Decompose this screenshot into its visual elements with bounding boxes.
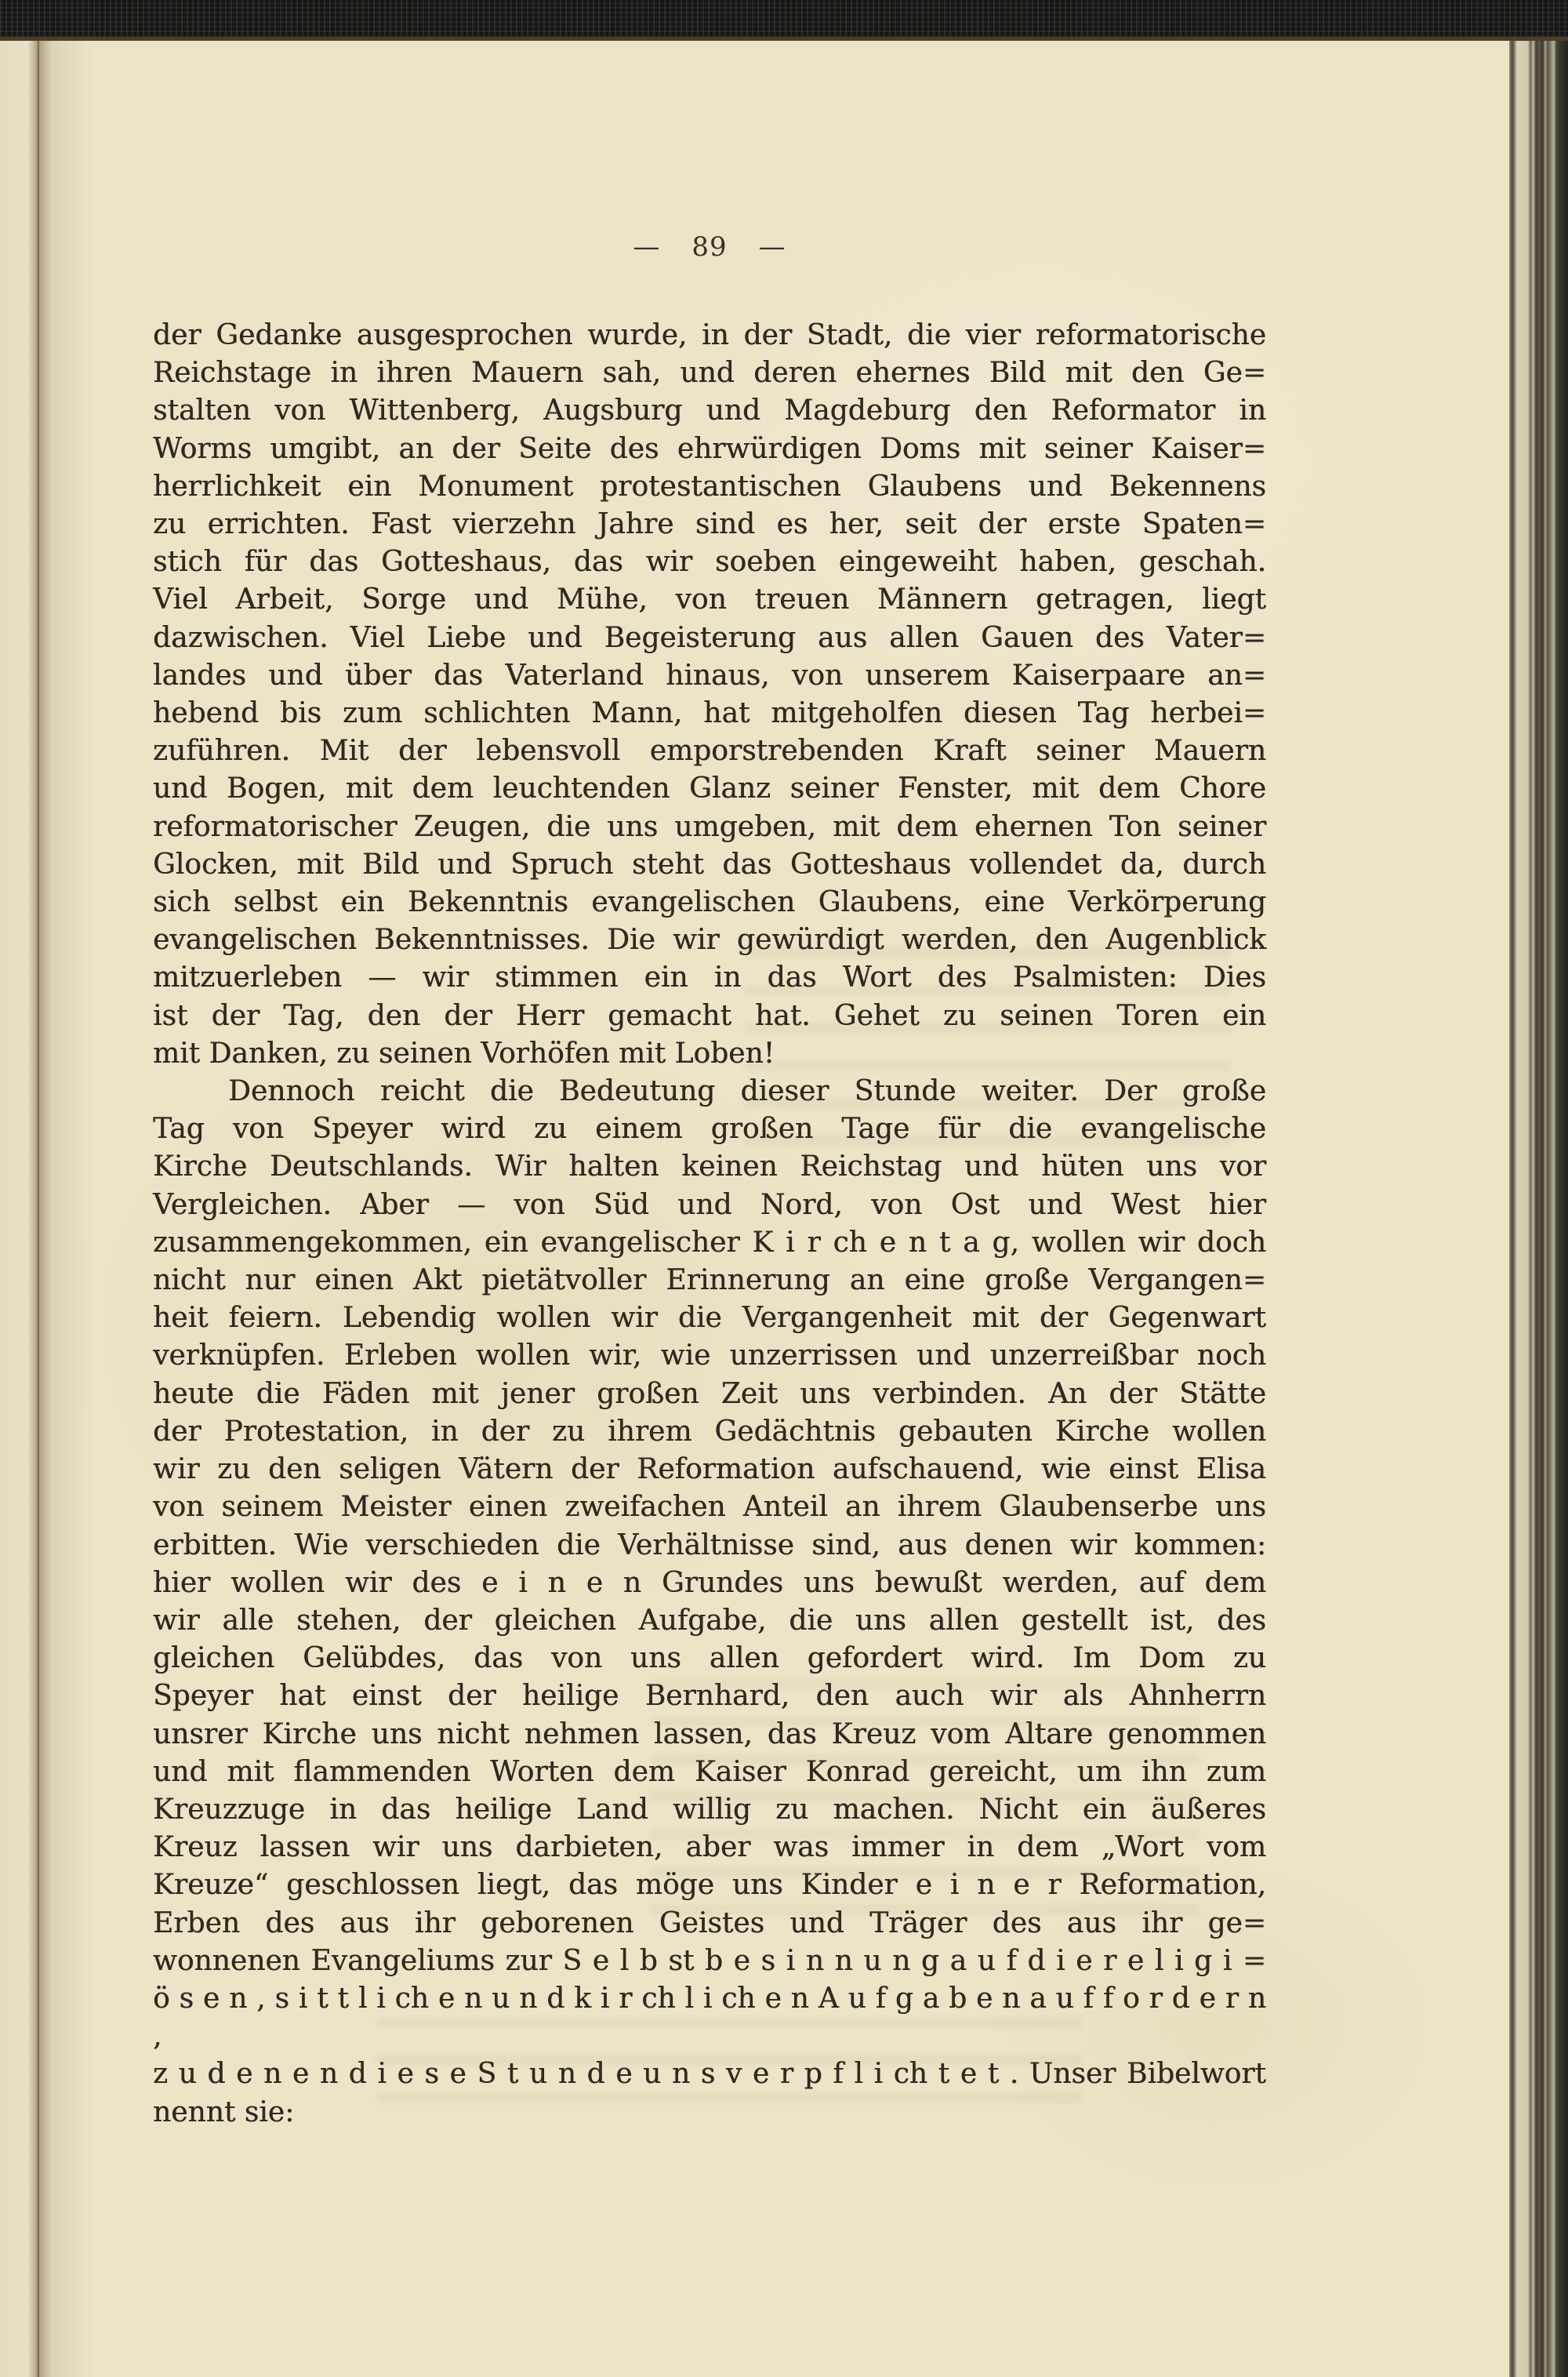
text-line: stalten von Wittenberg, Augsburg und Mag… <box>153 392 1266 430</box>
text-line: zu errichten. Fast vierzehn Jahre sind e… <box>153 506 1266 543</box>
text-line: von seinem Meister einen zweifachen Ante… <box>153 1488 1266 1526</box>
text-line: heit feiern. Lebendig wollen wir die Ver… <box>153 1299 1266 1337</box>
text-line: Glocken, mit Bild und Spruch steht das G… <box>153 846 1266 884</box>
text-line: reformatorischer Zeugen, die uns umgeben… <box>153 809 1266 846</box>
text-line: erbitten. Wie verschieden die Verhältnis… <box>153 1527 1266 1565</box>
text-line: wonnenen Evangeliums zur S e l b st b e … <box>153 1943 1266 1980</box>
text-line: landes und über das Vaterland hinaus, vo… <box>153 657 1266 695</box>
text-line: gleichen Gelübdes, das von uns allen gef… <box>153 1640 1266 1677</box>
text-line: mitzuerleben — wir stimmen ein in das Wo… <box>153 959 1266 997</box>
text-line: evangelischen Bekenntnisses. Die wir gew… <box>153 921 1266 959</box>
text-line: ist der Tag, den der Herr gemacht hat. G… <box>153 998 1266 1035</box>
text-line: Kreuze“ geschlossen liegt, das möge uns … <box>153 1866 1266 1904</box>
text-line: nicht nur einen Akt pietätvoller Erinner… <box>153 1262 1266 1299</box>
text-line: Kreuzzuge in das heilige Land willig zu … <box>153 1791 1266 1829</box>
adjacent-page-edge <box>0 41 39 2377</box>
text-line: Tag von Speyer wird zu einem großen Tage… <box>153 1110 1266 1148</box>
text-line: nennt sie: <box>153 2094 1266 2132</box>
text-line: stich für das Gotteshaus, das wir soeben… <box>153 543 1266 581</box>
text-line: Speyer hat einst der heilige Bernhard, d… <box>153 1677 1266 1715</box>
text-line: und mit flammenden Worten dem Kaiser Kon… <box>153 1754 1266 1791</box>
text-line: Erben des aus ihr geborenen Geistes und … <box>153 1905 1266 1943</box>
text-line: Worms umgibt, an der Seite des ehrwürdig… <box>153 431 1266 468</box>
text-line: Kirche Deutschlands. Wir halten keinen R… <box>153 1148 1266 1186</box>
text-line: Vergleichen. Aber — von Süd und Nord, vo… <box>153 1187 1266 1224</box>
book-page: —89— der Gedanke ausgesprochen wurde, in… <box>39 41 1509 2377</box>
text-line: der Gedanke ausgesprochen wurde, in der … <box>153 317 1266 354</box>
text-line: verknüpfen. Erleben wollen wir, wie unze… <box>153 1337 1266 1375</box>
text-line: hier wollen wir des e i n e n Grundes un… <box>153 1565 1266 1602</box>
text-line: wir alle stehen, der gleichen Aufgabe, d… <box>153 1602 1266 1640</box>
text-line: Reichstage in ihren Mauern sah, und dere… <box>153 354 1266 392</box>
page-number: 89 <box>691 231 727 263</box>
text-block: der Gedanke ausgesprochen wurde, in der … <box>153 317 1266 2132</box>
text-line: dazwischen. Viel Liebe und Begeisterung … <box>153 620 1266 657</box>
header-dash-right: — <box>759 231 786 263</box>
text-line: und Bogen, mit dem leuchtenden Glanz sei… <box>153 770 1266 808</box>
running-head: —89— <box>153 231 1266 263</box>
text-line: z u d e n e n d i e s e S t u n d e u n … <box>153 2055 1266 2093</box>
text-line: sich selbst ein Bekenntnis evangelischen… <box>153 884 1266 921</box>
text-line: ö s e n , s i t t l i ch e n u n d k i r… <box>153 1980 1266 2055</box>
text-line: heute die Fäden mit jener großen Zeit un… <box>153 1376 1266 1413</box>
text-line: zusammengekommen, ein evangelischer K i … <box>153 1224 1266 1262</box>
text-line: zuführen. Mit der lebensvoll emporstrebe… <box>153 732 1266 770</box>
text-line: Dennoch reicht die Bedeutung dieser Stun… <box>153 1073 1266 1110</box>
book-binding-cloth <box>0 0 1568 41</box>
text-line: Viel Arbeit, Sorge und Mühe, von treuen … <box>153 581 1266 619</box>
text-line: Kreuz lassen wir uns darbieten, aber was… <box>153 1829 1266 1866</box>
text-line: hebend bis zum schlichten Mann, hat mitg… <box>153 695 1266 732</box>
header-dash-left: — <box>633 231 660 263</box>
text-line: herrlichkeit ein Monument protestantisch… <box>153 468 1266 506</box>
scanned-book-page: —89— der Gedanke ausgesprochen wurde, in… <box>0 0 1568 2377</box>
text-line: der Protestation, in der zu ihrem Gedäch… <box>153 1413 1266 1451</box>
text-line: mit Danken, zu seinen Vorhöfen mit Loben… <box>153 1035 1266 1073</box>
fore-edge-page-stack <box>1509 41 1568 2377</box>
text-line: wir zu den seligen Vätern der Reformatio… <box>153 1451 1266 1488</box>
text-line: unsrer Kirche uns nicht nehmen lassen, d… <box>153 1716 1266 1754</box>
